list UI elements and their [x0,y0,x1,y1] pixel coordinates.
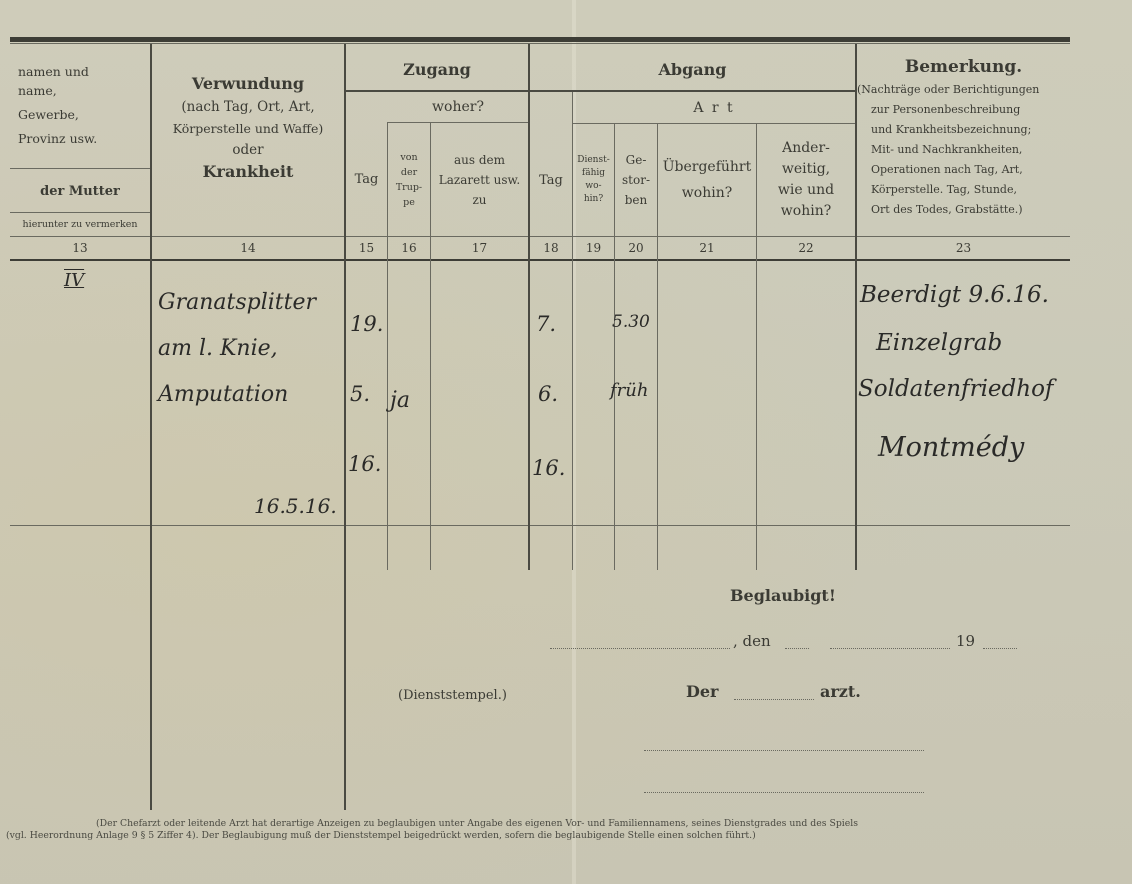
col23-line-2: zur Personenbeschreibung [857,100,1070,120]
col13-line-3: Gewerbe, [18,105,148,124]
col23-hw-line-2: Einzelgrab [876,330,1002,356]
col14-hw-line-3: Amputation [158,382,288,407]
col20-line-2: stor- [622,170,650,190]
col17-label: aus dem Lazarett usw. zu [431,123,528,236]
col-number-16: 16 [388,237,430,259]
abgang-title: Abgang [530,48,855,90]
col17-line-1: aus dem [454,150,505,170]
col-number-14: 14 [152,237,344,259]
col14-emphasis: Krankheit [152,160,344,184]
col23-line-7: Ort des Todes, Grabstätte.) [857,200,1070,220]
col13-handwritten-mark: IV [64,270,84,291]
col18-hw-year: 16. [532,456,565,480]
col20-hw-time: 5.30 [612,312,650,332]
col23-title: Bemerkung. [857,54,1070,80]
col18-label: Tag [530,124,572,236]
col23-line-4: Mit- und Nachkrankheiten, [857,140,1070,160]
col20-hw-frueh: früh [610,380,648,401]
col14-line-3: oder [152,140,344,160]
col19-label: Dienst- fähig wo- hin? [573,124,614,236]
col18-hw-month: 6. [538,382,558,406]
col-number-21: 21 [658,237,756,259]
col13-line-1: namen und [18,62,148,81]
col16-line-4: pe [403,195,415,210]
certification-den: , den [733,632,771,650]
col15-hw-month: 5. [350,382,370,406]
col-number-20: 20 [615,237,657,259]
col14-line-2: Körperstelle und Waffe) [152,118,344,140]
col21-label: Übergeführt wohin? [658,124,756,236]
year-blank [983,648,1017,649]
col21-line-2: wohin? [682,180,732,206]
col13-sub-rule-1 [10,168,150,169]
col-divider-17-18 [528,44,530,570]
col-number-19: 19 [573,237,614,259]
col22-label: Ander- weitig, wie und wohin? [757,124,855,236]
col14-hw-line-2: am l. Knie, [158,336,278,361]
entry-bottom-rule [10,525,1070,526]
col23-header: Bemerkung. (Nachträge oder Berichtigunge… [857,54,1070,220]
top-rule-thin [10,43,1070,44]
footnote-line-2: (vgl. Heerordnung Anlage 9 § 5 Ziffer 4)… [6,830,756,841]
col22-line-3: wie und [778,180,834,201]
col14-title: Verwundung [152,72,344,96]
col22-line-1: Ander- [782,138,830,159]
col19-line-4: hin? [584,193,603,206]
service-stamp-label: (Dienststempel.) [398,688,507,703]
col16-line-3: Trup- [396,180,422,195]
col-number-23: 23 [857,237,1070,259]
col-number-13: 13 [10,237,150,259]
col22-line-2: weitig, [782,159,830,180]
col23-line-1: (Nachträge oder Berichtigungen [857,80,1070,100]
col16-line-2: der [401,165,417,180]
place-blank [550,648,730,649]
col13-line-2: name, [18,81,148,100]
col15-label: Tag [346,123,387,236]
col23-line-3: und Krankheitsbezeichnung; [857,120,1070,140]
col13-note: hierunter zu vermerken [10,213,150,235]
col20-line-3: ben [625,190,648,210]
col14-line-1: (nach Tag, Ort, Art, [152,96,344,118]
col13-line-4: Provinz usw. [18,129,148,148]
col18-hw-day: 7. [536,312,556,336]
rank-blank [734,699,814,700]
col14-hw-date: 16.5.16. [254,494,337,518]
footnote-line-1: (Der Chefarzt oder leitende Arzt hat der… [96,818,858,829]
col13-header: namen und name, Gewerbe, Provinz usw. [18,62,148,148]
col14-hw-line-1: Granatsplitter [158,290,316,315]
col-number-18: 18 [530,237,572,259]
col23-line-5: Operationen nach Tag, Art, [857,160,1070,180]
col16-hw-value: ja [390,388,410,413]
certification-arzt: arzt. [820,682,861,701]
col23-hw-line-1: Beerdigt 9.6.16. [860,282,1049,308]
zugang-title: Zugang [346,48,528,90]
header-bottom-rule [10,259,1070,261]
art-label: A r t [573,92,855,123]
col17-line-3: zu [472,190,486,210]
col15-hw-day: 19. [350,312,383,336]
col-number-17: 17 [431,237,528,259]
col19-line-1: Dienst- [577,154,610,167]
col-number-22: 22 [757,237,855,259]
signature-blank-1 [644,750,924,751]
woher-label: woher? [388,92,528,122]
certification-der: Der [686,682,718,701]
col19-line-2: fähig [582,167,605,180]
certification-year: 19 [956,632,975,650]
month-blank [830,648,950,649]
col16-label: von der Trup- pe [388,123,430,236]
day-blank [785,648,809,649]
col22-line-4: wohin? [781,201,831,222]
signature-blank-2 [644,792,924,793]
col23-line-6: Körperstelle. Tag, Stunde, [857,180,1070,200]
col-number-15: 15 [346,237,387,259]
certification-title: Beglaubigt! [730,586,836,605]
col14-header: Verwundung (nach Tag, Ort, Art, Körperst… [152,72,344,184]
col20-label: Ge- stor- ben [615,124,657,236]
col23-hw-line-4: Montmédy [878,432,1024,463]
col20-line-1: Ge- [626,150,647,170]
col19-line-3: wo- [585,180,601,193]
col17-line-2: Lazarett usw. [439,170,520,190]
col16-line-1: von [400,150,417,165]
col21-line-1: Übergeführt [663,154,752,180]
col15-hw-year: 16. [348,452,381,476]
col13-sub-label: der Mutter [10,170,150,212]
col23-hw-line-3: Soldatenfriedhof [858,376,1053,402]
top-rule [10,37,1070,42]
